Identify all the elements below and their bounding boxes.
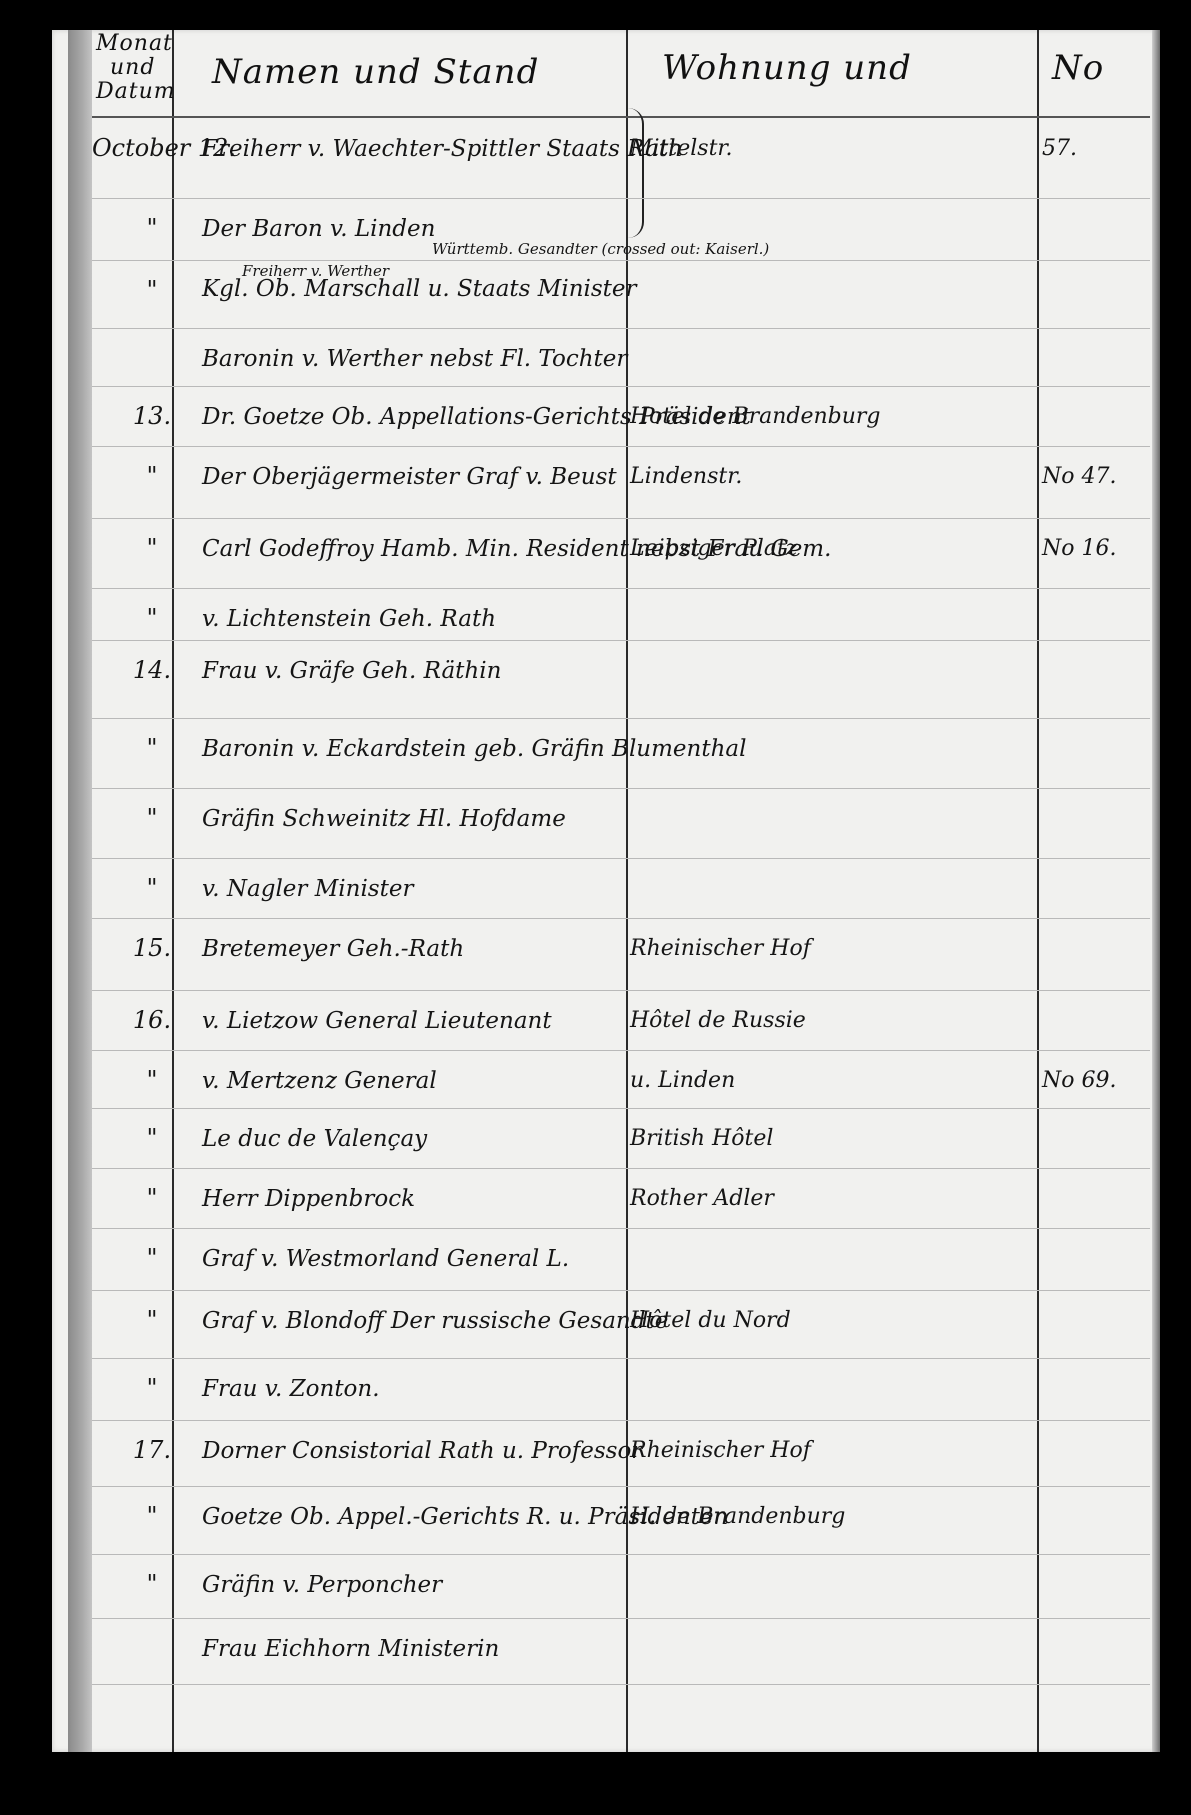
ruled-line <box>92 990 1150 991</box>
ruled-line <box>92 386 1150 387</box>
entry-name-text: Kgl. Ob. Marschall u. Staats Minister <box>202 276 637 302</box>
entry-name-text: Gräfin v. Perponcher <box>202 1572 442 1598</box>
ruled-line <box>92 788 1150 789</box>
header-name: Namen und Stand <box>212 52 539 92</box>
entry-name: Gräfin Schweinitz Hl. Hofdame <box>202 806 762 832</box>
entry-name: Frau v. Gräfe Geh. Räthin <box>202 658 762 684</box>
entry-date: " <box>92 734 212 762</box>
entry-date: 15. <box>92 934 212 962</box>
ruled-line <box>92 1358 1150 1359</box>
entry-residence: Rheinischer Hof <box>630 1438 930 1463</box>
entry-residence: Rother Adler <box>630 1186 930 1211</box>
entry-residence: u. Linden <box>630 1068 930 1093</box>
ruled-line <box>92 1486 1150 1487</box>
ruled-line <box>92 588 1150 589</box>
register-page: Monat und Datum Namen und Stand Wohnung … <box>52 30 1160 1752</box>
entry-number: No 69. <box>1042 1068 1152 1093</box>
entry-residence: Rheinischer Hof <box>630 936 930 961</box>
entry-number: No 47. <box>1042 464 1152 489</box>
entry-date: October 12. <box>92 134 212 162</box>
entry-date: " <box>92 276 212 304</box>
entry-residence: Hôtel de Russie <box>630 1008 930 1033</box>
header-date: Monat und Datum <box>96 32 176 104</box>
entry-date: 17. <box>92 1436 212 1464</box>
ruled-line <box>92 1554 1150 1555</box>
entry-name-text: Der Baron v. Linden <box>202 216 435 242</box>
ruled-line <box>92 1228 1150 1229</box>
entry-date: " <box>92 1184 212 1212</box>
ruled-line <box>92 918 1150 919</box>
header-date-line-3: Datum <box>96 80 176 104</box>
ruled-line <box>92 1168 1150 1169</box>
ruled-line <box>92 260 1150 261</box>
entry-name: Freiherr v. WertherKgl. Ob. Marschall u.… <box>202 262 762 302</box>
entry-name: Baronin v. Werther nebst Fl. Tochter <box>202 346 762 372</box>
entry-name-text: Herr Dippenbrock <box>202 1186 415 1212</box>
book-binding-edge <box>68 30 92 1752</box>
entry-name-text: v. Mertzenz General <box>202 1068 437 1094</box>
header-rule <box>92 116 1150 118</box>
ruled-line <box>92 328 1150 329</box>
entry-name-text: v. Lietzow General Lieutenant <box>202 1008 552 1034</box>
entry-name-text: Le duc de Valençay <box>202 1126 427 1152</box>
entry-date: " <box>92 1306 212 1334</box>
entry-name: v. Lichtenstein Geh. Rath <box>202 606 762 632</box>
entry-date: " <box>92 1066 212 1094</box>
entry-name-text: Bretemeyer Geh.-Rath <box>202 936 464 962</box>
entry-residence: Leipziger Platz <box>630 536 930 561</box>
entry-date: 13. <box>92 402 212 430</box>
entry-number: No 16. <box>1042 536 1152 561</box>
header-date-line-1: Monat <box>96 32 176 56</box>
entry-date: " <box>92 804 212 832</box>
ruled-line <box>92 858 1150 859</box>
entry-name: Baronin v. Eckardstein geb. Gräfin Blume… <box>202 736 762 762</box>
entry-residence: H. de Brandenburg <box>630 1504 930 1529</box>
ruled-line <box>92 640 1150 641</box>
entry-name: Frau Eichhorn Ministerin <box>202 1636 762 1662</box>
entry-residence: Lindenstr. <box>630 464 930 489</box>
entry-name-text: Frau v. Zonton. <box>202 1376 380 1402</box>
entry-date: " <box>92 1502 212 1530</box>
entry-number: 57. <box>1042 136 1152 161</box>
entry-name-text: Freiherr v. Waechter-Spittler Staats Rat… <box>202 136 683 162</box>
ruled-line <box>92 1050 1150 1051</box>
entry-name-text: Baronin v. Eckardstein geb. Gräfin Blume… <box>202 736 746 762</box>
entry-date: " <box>92 534 212 562</box>
entry-name-text: Graf v. Westmorland General L. <box>202 1246 569 1272</box>
entry-name: Der Baron v. LindenWürttemb. Gesandter (… <box>202 216 762 258</box>
entry-residence: British Hôtel <box>630 1126 930 1151</box>
ruled-line <box>92 446 1150 447</box>
entry-date: " <box>92 214 212 242</box>
ruled-line <box>92 1290 1150 1291</box>
ruled-line <box>92 1420 1150 1421</box>
entry-name-text: Gräfin Schweinitz Hl. Hofdame <box>202 806 566 832</box>
entry-name-text: Frau Eichhorn Ministerin <box>202 1636 499 1662</box>
entry-date: " <box>92 1374 212 1402</box>
ruled-line <box>92 1618 1150 1619</box>
entry-residence: Mittelstr. <box>630 136 930 161</box>
entry-name: Gräfin v. Perponcher <box>202 1572 762 1598</box>
entry-name-text: Baronin v. Werther nebst Fl. Tochter <box>202 346 627 372</box>
entry-date: " <box>92 462 212 490</box>
entry-residence: Hôtel du Nord <box>630 1308 930 1333</box>
entry-name-note: Württemb. Gesandter (crossed out: Kaiser… <box>202 240 762 258</box>
page-right-edge <box>1152 30 1160 1752</box>
entry-name-text: Frau v. Gräfe Geh. Räthin <box>202 658 501 684</box>
ruled-line <box>92 1684 1150 1685</box>
entry-date: " <box>92 874 212 902</box>
ruled-line <box>92 1108 1150 1109</box>
ruled-line <box>92 198 1150 199</box>
entry-date: 16. <box>92 1006 212 1034</box>
entry-name-text: Der Oberjägermeister Graf v. Beust <box>202 464 617 490</box>
ruled-line <box>92 518 1150 519</box>
entry-name: v. Nagler Minister <box>202 876 762 902</box>
header-date-line-2: und <box>96 56 176 80</box>
entry-date: " <box>92 604 212 632</box>
entry-date: " <box>92 1570 212 1598</box>
column-rule-residence <box>1037 30 1039 1752</box>
entry-date: " <box>92 1244 212 1272</box>
entry-residence: Hotel de Brandenburg <box>630 404 930 429</box>
entry-name: Frau v. Zonton. <box>202 1376 762 1402</box>
entry-name-text: v. Nagler Minister <box>202 876 413 902</box>
entry-name-text: v. Lichtenstein Geh. Rath <box>202 606 496 632</box>
entry-name-text: Dorner Consistorial Rath u. Professor <box>202 1438 642 1464</box>
entry-name-text: Graf v. Blondoff Der russische Gesandte <box>202 1308 668 1334</box>
header-number: No <box>1052 48 1104 88</box>
entry-date: " <box>92 1124 212 1152</box>
entry-name: Graf v. Westmorland General L. <box>202 1246 762 1272</box>
entry-date: 14. <box>92 656 212 684</box>
ruled-line <box>92 718 1150 719</box>
header-residence: Wohnung und <box>662 48 912 88</box>
